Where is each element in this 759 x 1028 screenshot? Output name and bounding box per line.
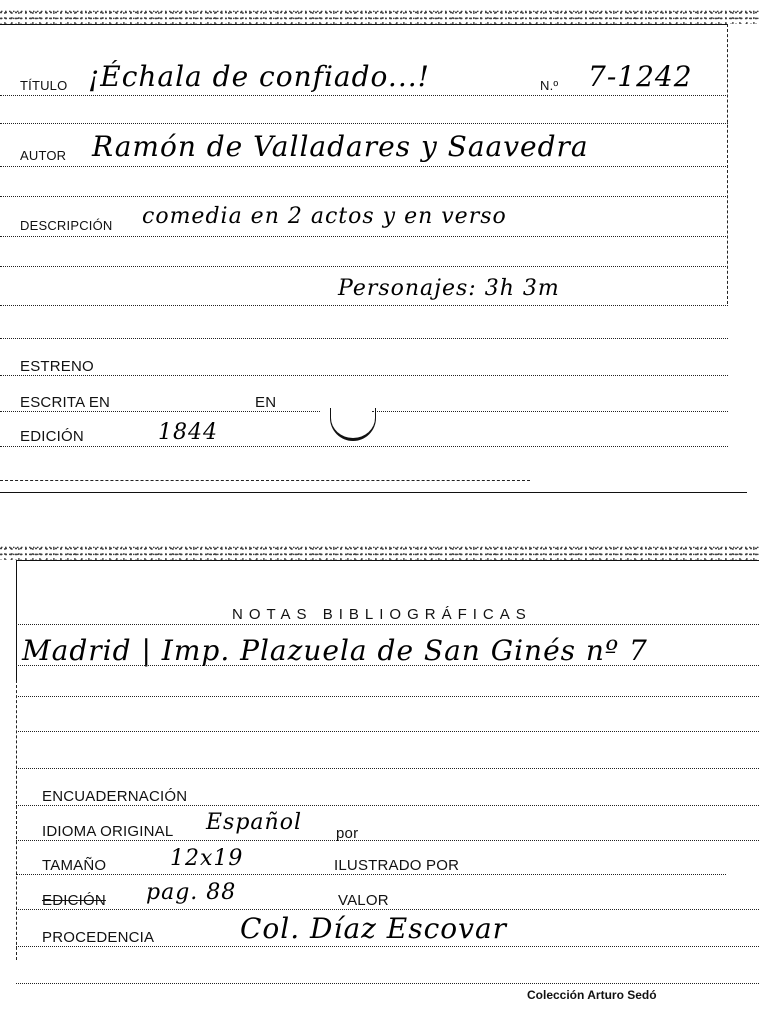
titulo-label: Título (20, 78, 67, 93)
escrita-en-line-right (372, 411, 728, 412)
bottom-blank-line (16, 983, 759, 984)
personajes-line (0, 305, 728, 306)
personajes-value: Personajes: 3h 3m (338, 276, 560, 301)
perforation-line (0, 480, 530, 481)
tamano-value: 12x19 (170, 846, 243, 871)
notas-line-5 (16, 768, 759, 769)
idioma-original-line (16, 840, 759, 841)
estreno-label: Estreno (20, 358, 94, 375)
collection-credit: Colección Arturo Sedó (527, 988, 657, 1002)
card-top-bottom-border (0, 492, 747, 493)
edicion-line (0, 446, 728, 447)
idioma-original-value: Español (206, 810, 302, 835)
descripcion-line (0, 236, 728, 237)
blank-line (0, 338, 728, 339)
tamano-line (16, 874, 726, 875)
descripcion-top-line (0, 196, 728, 197)
edicion-bottom-line (16, 909, 759, 910)
idioma-original-label: Idioma original (42, 823, 173, 840)
notas-line-3 (16, 696, 759, 697)
titulo-value: ¡Échala de confiado...! (88, 60, 430, 93)
card-bottom-border (16, 560, 759, 561)
valor-label: Valor (338, 892, 389, 909)
en-label: En (255, 394, 276, 411)
card-bottom-edge (0, 546, 759, 560)
notas-line-2 (16, 665, 759, 666)
titulo-line (0, 95, 728, 96)
personajes-top-line (0, 266, 728, 267)
escrita-en-line (0, 411, 320, 412)
card-bottom-left-edge (16, 560, 17, 680)
encuadernacion-label: Encuadernación (42, 788, 187, 805)
tamano-label: Tamaño (42, 857, 106, 874)
autor-top-line (0, 123, 728, 124)
procedencia-label: Procedencia (42, 929, 154, 946)
procedencia-value: Col. Díaz Escovar (240, 912, 507, 945)
ilustrado-por-label: Ilustrado por (334, 857, 459, 874)
numero-label: N.º (540, 78, 558, 93)
autor-line (0, 166, 728, 167)
edicion-label: Edición (20, 428, 84, 445)
notas-line-1 (16, 624, 759, 625)
descripcion-value: comedia en 2 actos y en verso (142, 204, 507, 229)
edicion-bottom-value: pag. 88 (146, 880, 236, 905)
card-top-edge (0, 10, 759, 24)
notas-heading: NOTAS BIBLIOGRÁFICAS (232, 606, 532, 623)
notas-value-1: Madrid | Imp. Plazuela de San Ginés nº 7 (22, 634, 648, 667)
edicion-bottom-label: Edición (42, 892, 106, 909)
encuadernacion-line (16, 805, 759, 806)
card-top-right-edge (727, 24, 728, 304)
escrita-en-label: Escrita en (20, 394, 110, 411)
handwritten-mark (330, 408, 376, 441)
procedencia-line (16, 946, 759, 947)
autor-label: Autor (20, 148, 66, 163)
estreno-line (0, 375, 728, 376)
card-top-border (0, 24, 728, 25)
numero-value: 7-1242 (588, 60, 693, 93)
edicion-value: 1844 (158, 420, 218, 445)
autor-value: Ramón de Valladares y Saavedra (92, 130, 589, 163)
card-bottom-left-edge-lower (16, 680, 17, 960)
notas-line-4 (16, 731, 759, 732)
descripcion-label: Descripción (20, 218, 113, 233)
